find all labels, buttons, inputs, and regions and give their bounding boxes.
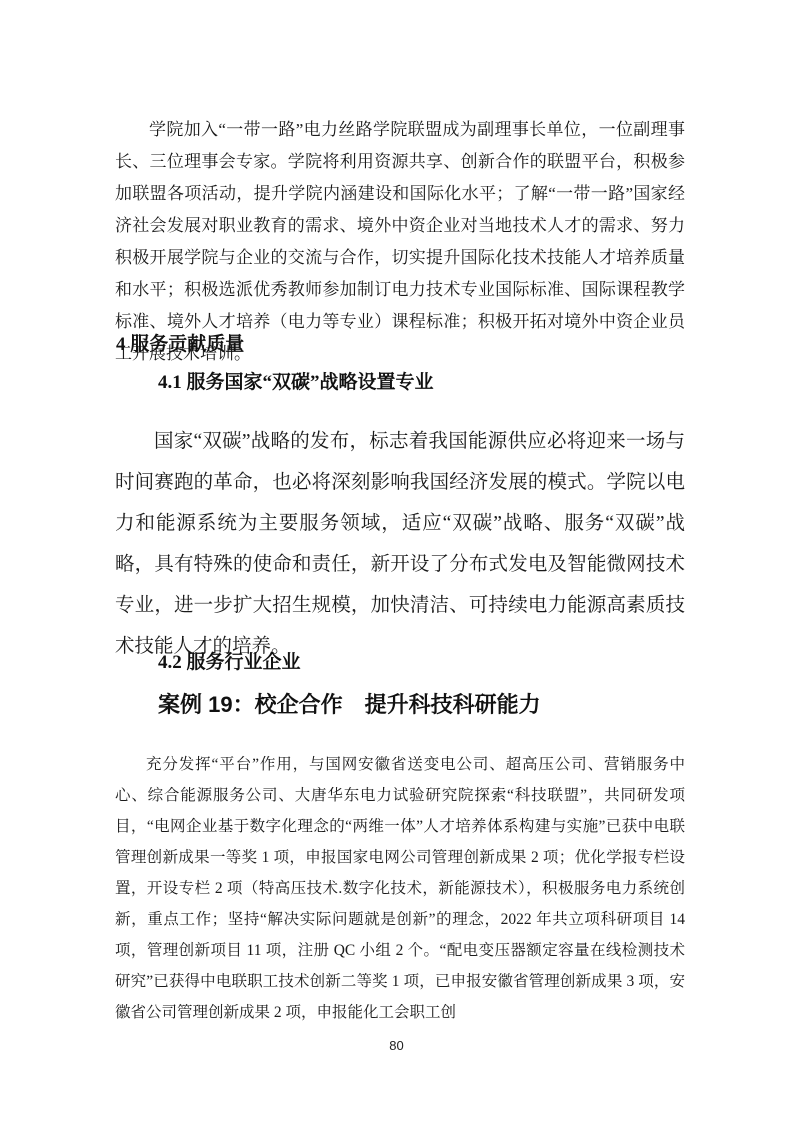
case-19-paragraph: 充分发挥“平台”作用，与国网安徽省送变电公司、超高压公司、营销服务中心、综合能源… [115,749,685,1028]
page-number: 80 [0,1038,793,1053]
case-19-heading: 案例 19：校企合作 提升科技科研能力 [158,688,541,719]
section-4-2-heading: 4.2 服务行业企业 [158,647,301,674]
section-4-1-heading: 4.1 服务国家“双碳”战略设置专业 [158,367,434,394]
section-4-1-paragraph: 国家“双碳”战略的发布，标志着我国能源供应必将迎来一场与时间赛跑的革命，也必将深… [115,421,685,667]
document-page: 学院加入“一带一路”电力丝路学院联盟成为副理事长单位，一位副理事长、三位理事会专… [0,0,793,1122]
section-4-heading: 4 服务贡献质量 [116,329,244,356]
